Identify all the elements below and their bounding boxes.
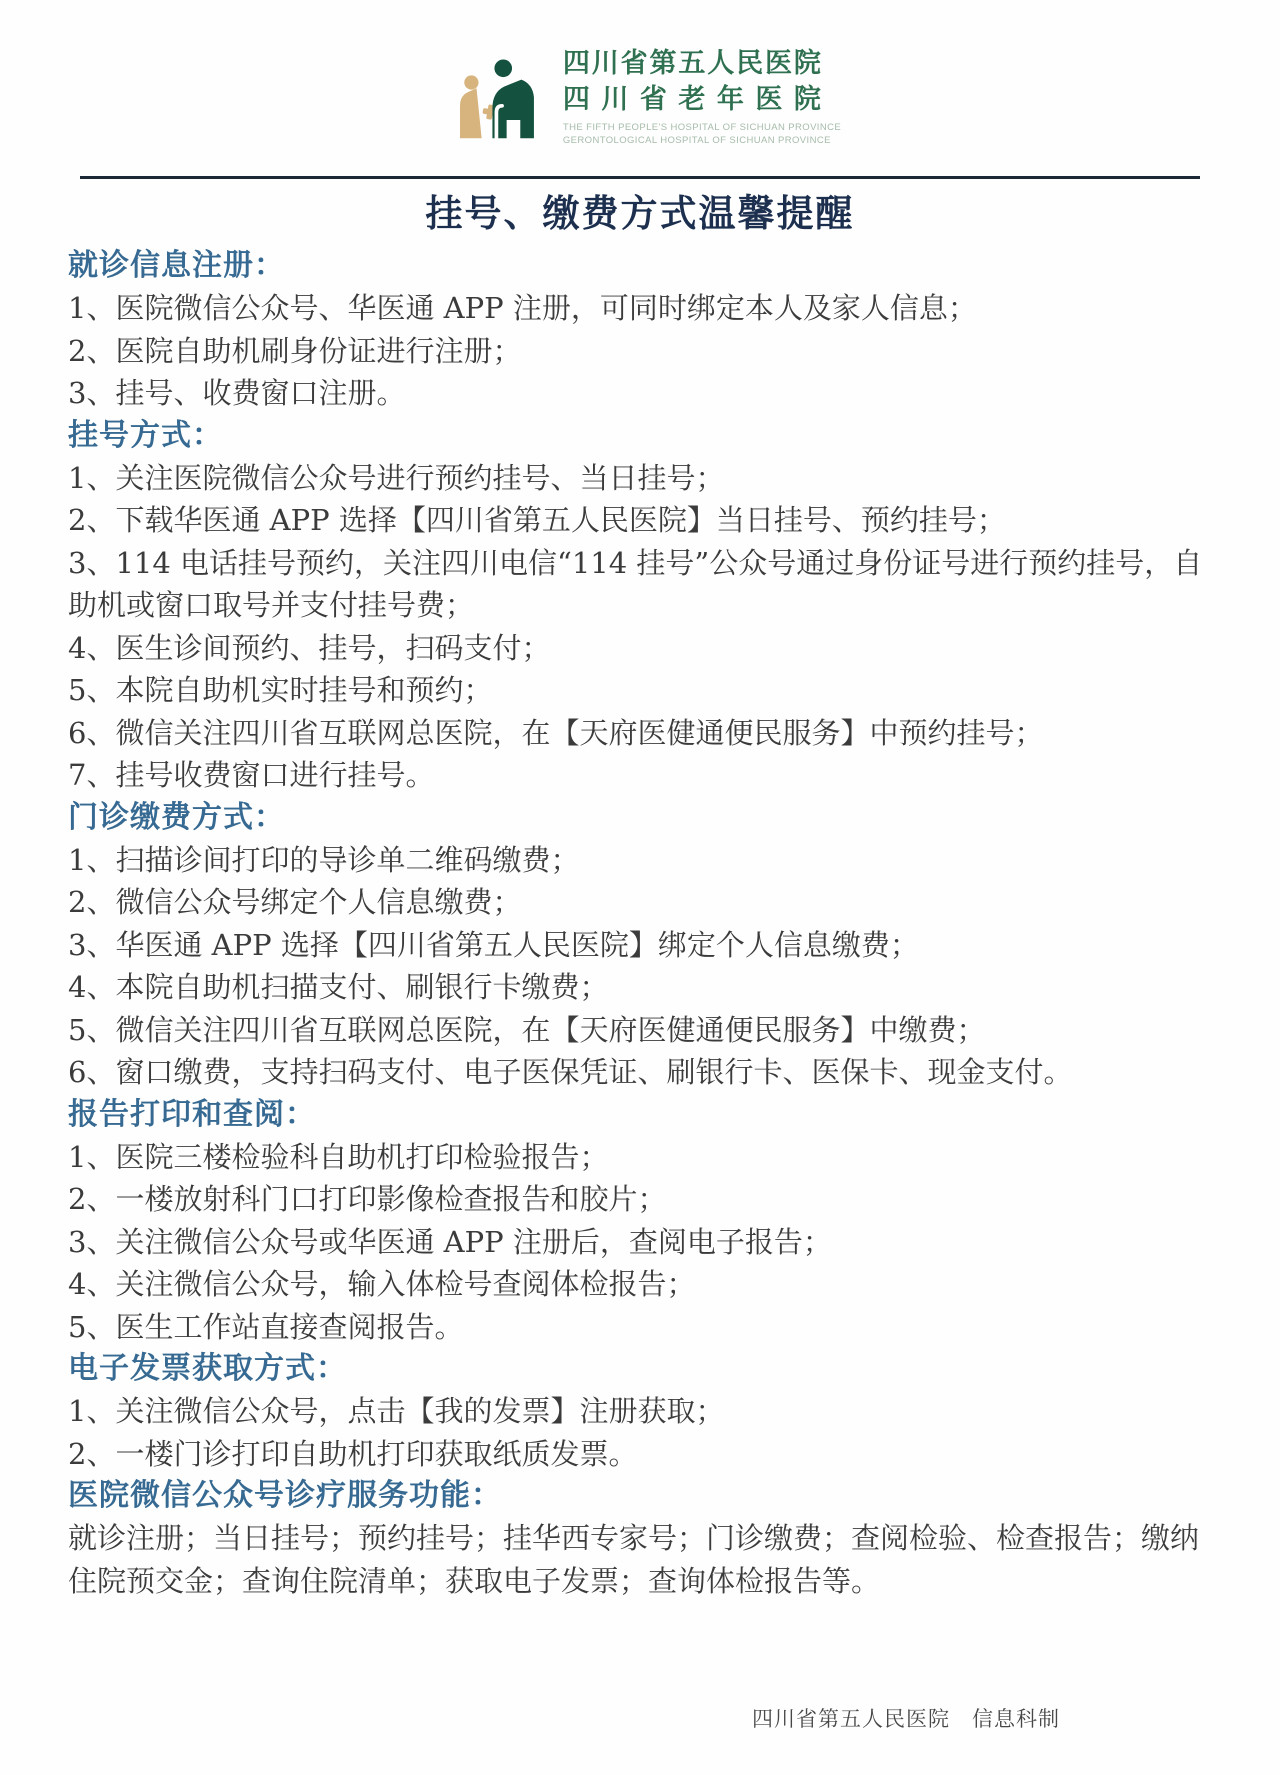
list-item: 4、本院自助机扫描支付、刷银行卡缴费； xyxy=(68,966,1210,1009)
section-appointment-methods: 挂号方式： 1、关注医院微信公众号进行预约挂号、当日挂号； 2、下载华医通 AP… xyxy=(68,415,1210,797)
list-item: 7、挂号收费窗口进行挂号。 xyxy=(68,754,1210,797)
section-title: 就诊信息注册： xyxy=(68,245,1210,287)
list-item: 1、扫描诊间打印的导诊单二维码缴费； xyxy=(68,839,1210,882)
list-item: 4、医生诊间预约、挂号，扫码支付； xyxy=(68,627,1210,670)
hospital-header: 四川省第五人民医院 四川省老年医院 THE FIFTH PEOPLE'S HOS… xyxy=(0,0,1280,158)
list-item: 6、微信关注四川省互联网总医院，在【天府医健通便民服务】中预约挂号； xyxy=(68,712,1210,755)
hospital-english-names: THE FIFTH PEOPLE'S HOSPITAL OF SICHUAN P… xyxy=(563,122,841,148)
section-outpatient-payment: 门诊缴费方式： 1、扫描诊间打印的导诊单二维码缴费； 2、微信公众号绑定个人信息… xyxy=(68,797,1210,1094)
section-title: 电子发票获取方式： xyxy=(68,1348,1210,1390)
hospital-logo-icon xyxy=(439,36,547,158)
list-item: 2、微信公众号绑定个人信息缴费； xyxy=(68,881,1210,924)
list-item: 5、微信关注四川省互联网总医院，在【天府医健通便民服务】中缴费； xyxy=(68,1009,1210,1052)
hospital-logo-text: 四川省第五人民医院 四川省老年医院 THE FIFTH PEOPLE'S HOS… xyxy=(563,46,841,147)
section-wechat-services: 医院微信公众号诊疗服务功能： 就诊注册；当日挂号；预约挂号；挂华西专家号；门诊缴… xyxy=(68,1475,1210,1602)
section-title: 门诊缴费方式： xyxy=(68,797,1210,839)
list-item: 2、下载华医通 APP 选择【四川省第五人民医院】当日挂号、预约挂号； xyxy=(68,499,1210,542)
hospital-logo: 四川省第五人民医院 四川省老年医院 THE FIFTH PEOPLE'S HOS… xyxy=(439,36,841,158)
list-item: 1、医院微信公众号、华医通 APP 注册，可同时绑定本人及家人信息； xyxy=(68,287,1210,330)
section-report-printing: 报告打印和查阅： 1、医院三楼检验科自助机打印检验报告； 2、一楼放射科门口打印… xyxy=(68,1094,1210,1349)
divider-line xyxy=(80,176,1200,179)
hospital-english-line2: GERONTOLOGICAL HOSPITAL OF SICHUAN PROVI… xyxy=(563,135,841,148)
list-item: 3、114 电话挂号预约，关注四川电信“114 挂号”公众号通过身份证号进行预约… xyxy=(68,542,1210,627)
list-item: 2、一楼门诊打印自助机打印获取纸质发票。 xyxy=(68,1433,1210,1476)
list-item: 2、一楼放射科门口打印影像检查报告和胶片； xyxy=(68,1178,1210,1221)
list-item: 5、本院自助机实时挂号和预约； xyxy=(68,669,1210,712)
document-page: 四川省第五人民医院 四川省老年医院 THE FIFTH PEOPLE'S HOS… xyxy=(0,0,1280,1775)
footer-credit: 四川省第五人民医院 信息科制 xyxy=(752,1703,1060,1733)
section-title: 医院微信公众号诊疗服务功能： xyxy=(68,1475,1210,1517)
hospital-english-line1: THE FIFTH PEOPLE'S HOSPITAL OF SICHUAN P… xyxy=(563,122,841,135)
hospital-name-line1: 四川省第五人民医院 xyxy=(563,46,821,82)
section-einvoice: 电子发票获取方式： 1、关注微信公众号，点击【我的发票】注册获取； 2、一楼门诊… xyxy=(68,1348,1210,1475)
section-title: 报告打印和查阅： xyxy=(68,1094,1210,1136)
list-item: 3、关注微信公众号或华医通 APP 注册后，查阅电子报告； xyxy=(68,1221,1210,1264)
section-registration: 就诊信息注册： 1、医院微信公众号、华医通 APP 注册，可同时绑定本人及家人信… xyxy=(68,245,1210,415)
page-title: 挂号、缴费方式温馨提醒 xyxy=(0,183,1280,237)
list-item: 3、华医通 APP 选择【四川省第五人民医院】绑定个人信息缴费； xyxy=(68,924,1210,967)
list-item: 5、医生工作站直接查阅报告。 xyxy=(68,1306,1210,1349)
list-item: 3、挂号、收费窗口注册。 xyxy=(68,372,1210,415)
list-item: 1、医院三楼检验科自助机打印检验报告； xyxy=(68,1136,1210,1179)
list-item: 6、窗口缴费，支持扫码支付、电子医保凭证、刷银行卡、医保卡、现金支付。 xyxy=(68,1051,1210,1094)
list-item: 就诊注册；当日挂号；预约挂号；挂华西专家号；门诊缴费；查阅检验、检查报告；缴纳住… xyxy=(68,1517,1210,1602)
hospital-name-line2: 四川省老年医院 xyxy=(563,82,821,118)
list-item: 1、关注微信公众号，点击【我的发票】注册获取； xyxy=(68,1390,1210,1433)
document-body: 就诊信息注册： 1、医院微信公众号、华医通 APP 注册，可同时绑定本人及家人信… xyxy=(68,245,1210,1602)
list-item: 1、关注医院微信公众号进行预约挂号、当日挂号； xyxy=(68,457,1210,500)
list-item: 2、医院自助机刷身份证进行注册； xyxy=(68,330,1210,373)
section-title: 挂号方式： xyxy=(68,415,1210,457)
list-item: 4、关注微信公众号，输入体检号查阅体检报告； xyxy=(68,1263,1210,1306)
